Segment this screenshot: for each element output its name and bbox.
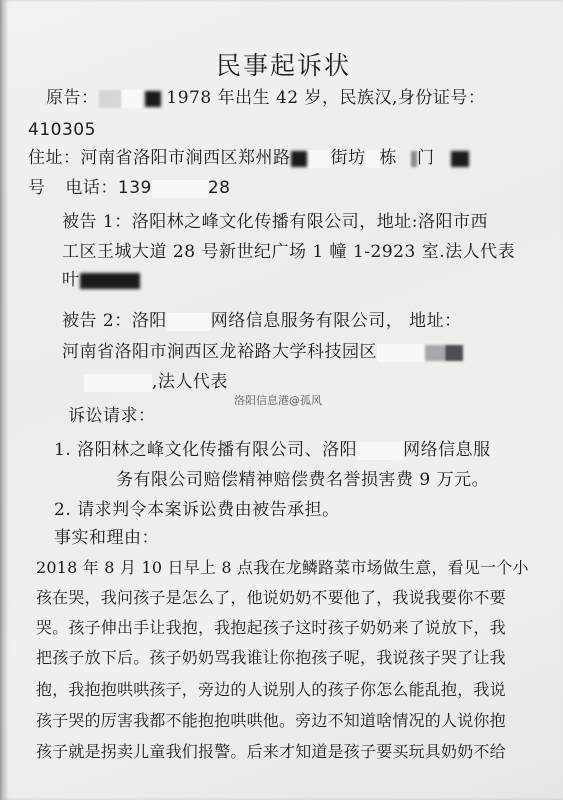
facts-line: 2018 年 8 月 10 日早上 8 点我在龙鳞路菜市场做生意，看见一个小 [36,558,529,578]
defendant2-line2: 河南省洛阳市涧西区龙裕路大学科技园区 [62,342,463,362]
redacted-address [366,150,380,168]
redacted-name [121,90,141,108]
plaintiff-id-number: 410305 [28,120,96,140]
plaintiff-line: 原告： 1978 年出生 42 岁，民族汉,身份证号： [46,88,485,108]
defendant1-line2: 工区王城大道 28 号新世纪广场 1 幢 1-2923 室.法人代表 [62,242,515,262]
redacted-address [291,151,307,167]
defendant2-line1: 被告 2：洛阳网络信息服务有限公司， 地址： [62,311,462,331]
plaintiff-birth-text: 1978 年出生 42 岁，民族汉,身份证号： [166,88,485,108]
defendant2-line3: ,法人代表 [84,372,228,392]
claim-1-line1: 1. 洛阳林之峰文化传播有限公司、洛阳网络信息服 [54,440,491,460]
redacted-address [411,151,417,167]
facts-line: 哭。孩子伸出手让我抱，我抱起孩子这时孩子奶奶来了说放下，我 [36,618,506,638]
plaintiff-address: 住址：河南省洛阳市涧西区郑州路街坊栋门 [28,148,469,168]
claims-heading: 诉讼请求： [68,406,156,426]
plaintiff-label: 原告： [46,88,99,108]
facts-line: 抱，我抱抱哄哄孩子，旁边的人说别人的孩子你怎么能乱抱，我说 [36,680,506,700]
claim-2: 2. 请求判令本案诉讼费由被告承担。 [54,500,340,520]
claim-1-line2: 务有限公司赔偿精神赔偿费名誉损害费 9 万元。 [116,470,489,490]
redacted-address [445,345,463,361]
redacted-phone [152,180,208,198]
document-page: 民事起诉状 原告： 1978 年出生 42 岁，民族汉,身份证号： 410305… [4,0,563,800]
facts-line: 孩在哭，我问孩子是怎么了，他说奶奶不要他了，我说我要你不要 [36,588,506,608]
redacted-address [425,345,445,361]
facts-line: 把孩子放下后。孩子奶奶骂我谁让你抱孩子呢，我说孩子哭了让我 [36,648,506,668]
defendant1-line1: 被告 1：洛阳林之峰文化传播有限公司，地址:洛阳市西 [62,212,488,232]
redacted-representative [80,273,140,289]
redacted-address [377,344,425,362]
facts-heading: 事实和理由： [54,528,159,548]
redacted-name [145,91,161,107]
document-title: 民事起诉状 [4,46,563,82]
defendant1-line3: 叶 [62,270,140,290]
watermark: 洛阳信息港@孤风 [234,392,322,408]
redacted-address [307,150,331,168]
redacted-address [451,151,469,167]
redacted-company-name [357,442,403,460]
plaintiff-phone: 号 电话：13928 [28,178,231,198]
facts-line: 孩子就是拐卖儿童我们报警。后来才知道是孩子要买玩具奶奶不给 [36,742,506,762]
redacted-address [84,374,152,392]
redacted-company-name [167,313,211,331]
facts-line: 孩子哭的厉害我都不能抱抱哄哄他。旁边不知道啥情况的人说你抱 [36,711,506,731]
redacted-name [99,90,121,108]
